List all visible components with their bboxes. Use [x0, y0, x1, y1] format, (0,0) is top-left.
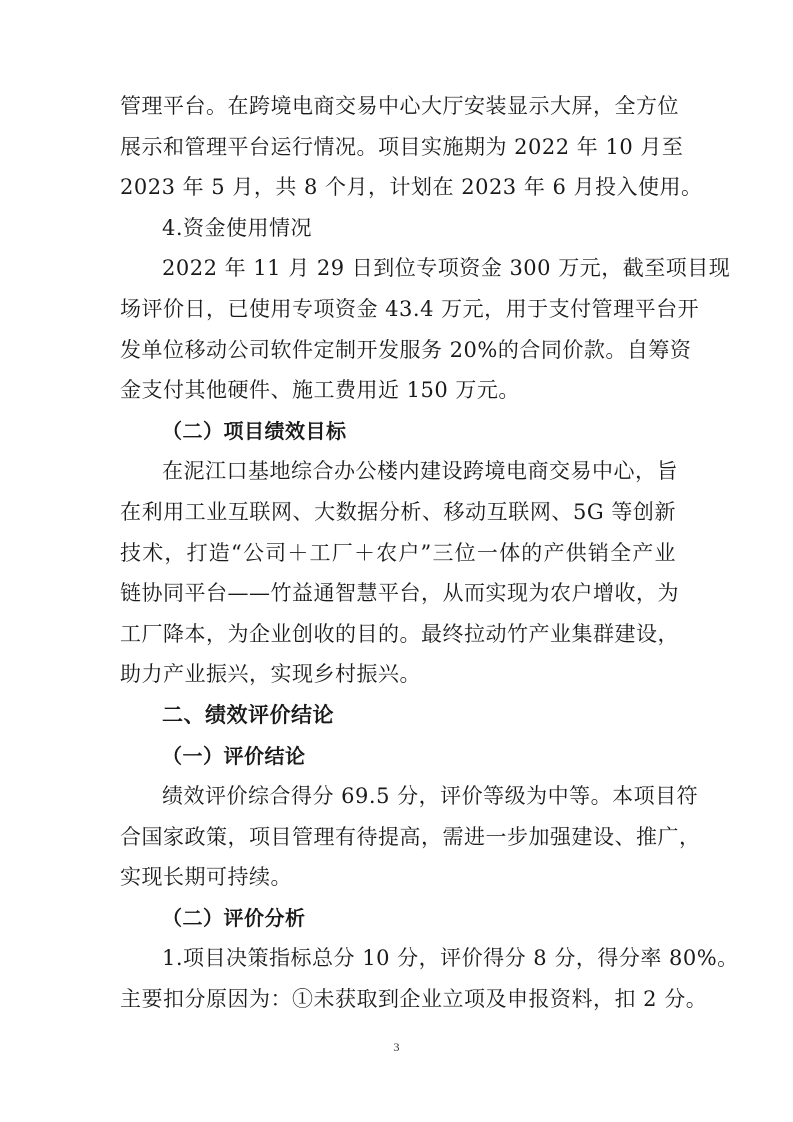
paragraph-line: 2023 年 5 月，共 8 个月，计划在 2023 年 6 月投入使用。	[120, 167, 676, 208]
paragraph-line: 管理平台。在跨境电商交易中心大厅安装显示大屏，全方位	[120, 86, 676, 127]
page-number: 3	[0, 1040, 793, 1055]
subsection-heading-funds: 4.资金使用情况	[120, 208, 676, 249]
page-body: 管理平台。在跨境电商交易中心大厅安装显示大屏，全方位 展示和管理平台运行情况。项…	[120, 86, 676, 1020]
paragraph-line: 链协同平台——竹益通智慧平台，从而实现为农户增收，为	[120, 573, 676, 614]
paragraph-line: 2022 年 11 月 29 日到位专项资金 300 万元，截至项目现	[120, 248, 676, 289]
paragraph-line: 技术，打造“公司＋工厂＋农户”三位一体的产供销全产业	[120, 533, 676, 574]
paragraph-line: 金支付其他硬件、施工费用近 150 万元。	[120, 370, 676, 411]
chapter-heading-conclusion: 二、绩效评价结论	[120, 695, 676, 736]
paragraph-line: 1.项目决策指标总分 10 分，评价得分 8 分，得分率 80%。	[120, 938, 676, 979]
paragraph-line: 实现长期可持续。	[120, 857, 676, 898]
section-heading-evaluation-conclusion: （一）评价结论	[120, 736, 676, 777]
paragraph-line: 发单位移动公司软件定制开发服务 20%的合同价款。自筹资	[120, 330, 676, 371]
paragraph-line: 工厂降本，为企业创收的目的。最终拉动竹产业集群建设，	[120, 614, 676, 655]
paragraph-line: 展示和管理平台运行情况。项目实施期为 2022 年 10 月至	[120, 127, 676, 168]
paragraph-line: 在利用工业互联网、大数据分析、移动互联网、5G 等创新	[120, 492, 676, 533]
paragraph-line: 在泥江口基地综合办公楼内建设跨境电商交易中心，旨	[120, 451, 676, 492]
section-heading-performance-goals: （二）项目绩效目标	[120, 411, 676, 452]
paragraph-line: 主要扣分原因为：①未获取到企业立项及申报资料，扣 2 分。	[120, 979, 676, 1020]
paragraph-line: 合国家政策，项目管理有待提高，需进一步加强建设、推广，	[120, 817, 676, 858]
paragraph-line: 助力产业振兴，实现乡村振兴。	[120, 654, 676, 695]
paragraph-line: 场评价日，已使用专项资金 43.4 万元，用于支付管理平台开	[120, 289, 676, 330]
document-page: 管理平台。在跨境电商交易中心大厅安装显示大屏，全方位 展示和管理平台运行情况。项…	[0, 0, 793, 1122]
section-heading-evaluation-analysis: （二）评价分析	[120, 898, 676, 939]
paragraph-line: 绩效评价综合得分 69.5 分，评价等级为中等。本项目符	[120, 776, 676, 817]
